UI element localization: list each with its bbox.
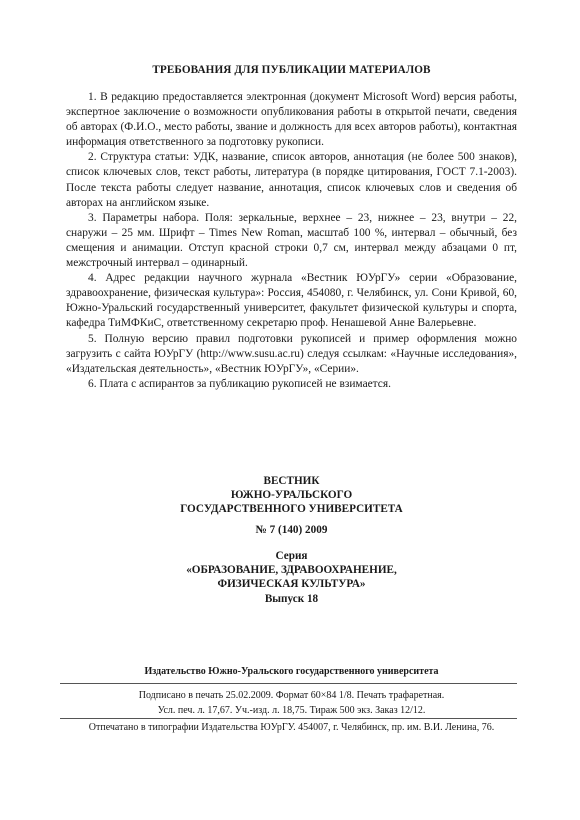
requirement-item: 5. Полную версию правил подготовки рукоп… xyxy=(66,332,517,377)
imprint-block: Подписано в печать 25.02.2009. Формат 60… xyxy=(66,688,517,718)
series-name: «ОБРАЗОВАНИЕ, ЗДРАВООХРАНЕНИЕ, xyxy=(66,563,517,577)
masthead-line: ЮЖНО-УРАЛЬСКОГО xyxy=(66,488,517,502)
divider xyxy=(60,718,517,719)
masthead-line: ГОСУДАРСТВЕННОГО УНИВЕРСИТЕТА xyxy=(66,502,517,516)
series-label: Серия xyxy=(66,549,517,563)
series-name: ФИЗИЧЕСКАЯ КУЛЬТУРА» xyxy=(66,577,517,591)
requirement-item: 2. Структура статьи: УДК, название, спис… xyxy=(66,150,517,210)
divider xyxy=(60,683,517,684)
series-block: Серия «ОБРАЗОВАНИЕ, ЗДРАВООХРАНЕНИЕ, ФИЗ… xyxy=(66,549,517,606)
journal-masthead: ВЕСТНИК ЮЖНО-УРАЛЬСКОГО ГОСУДАРСТВЕННОГО… xyxy=(66,474,517,537)
masthead-line: ВЕСТНИК xyxy=(66,474,517,488)
imprint-line: Усл. печ. л. 17,67. Уч.-изд. л. 18,75. Т… xyxy=(66,703,517,718)
printing-house: Отпечатано в типографии Издательства ЮУр… xyxy=(66,722,517,733)
requirement-item: 3. Параметры набора. Поля: зеркальные, в… xyxy=(66,211,517,271)
publisher-name: Издательство Южно-Уральского государстве… xyxy=(66,666,517,677)
imprint-line: Подписано в печать 25.02.2009. Формат 60… xyxy=(66,688,517,703)
requirements-title: ТРЕБОВАНИЯ ДЛЯ ПУБЛИКАЦИИ МАТЕРИАЛОВ xyxy=(66,64,517,76)
issue-number: № 7 (140) 2009 xyxy=(66,523,517,537)
requirement-item: 1. В редакцию предоставляется электронна… xyxy=(66,90,517,150)
requirement-item: 6. Плата с аспирантов за публикацию руко… xyxy=(66,377,517,392)
requirement-item: 4. Адрес редакции научного журнала «Вест… xyxy=(66,271,517,331)
requirements-list: 1. В редакцию предоставляется электронна… xyxy=(66,90,517,392)
series-volume: Выпуск 18 xyxy=(66,592,517,606)
